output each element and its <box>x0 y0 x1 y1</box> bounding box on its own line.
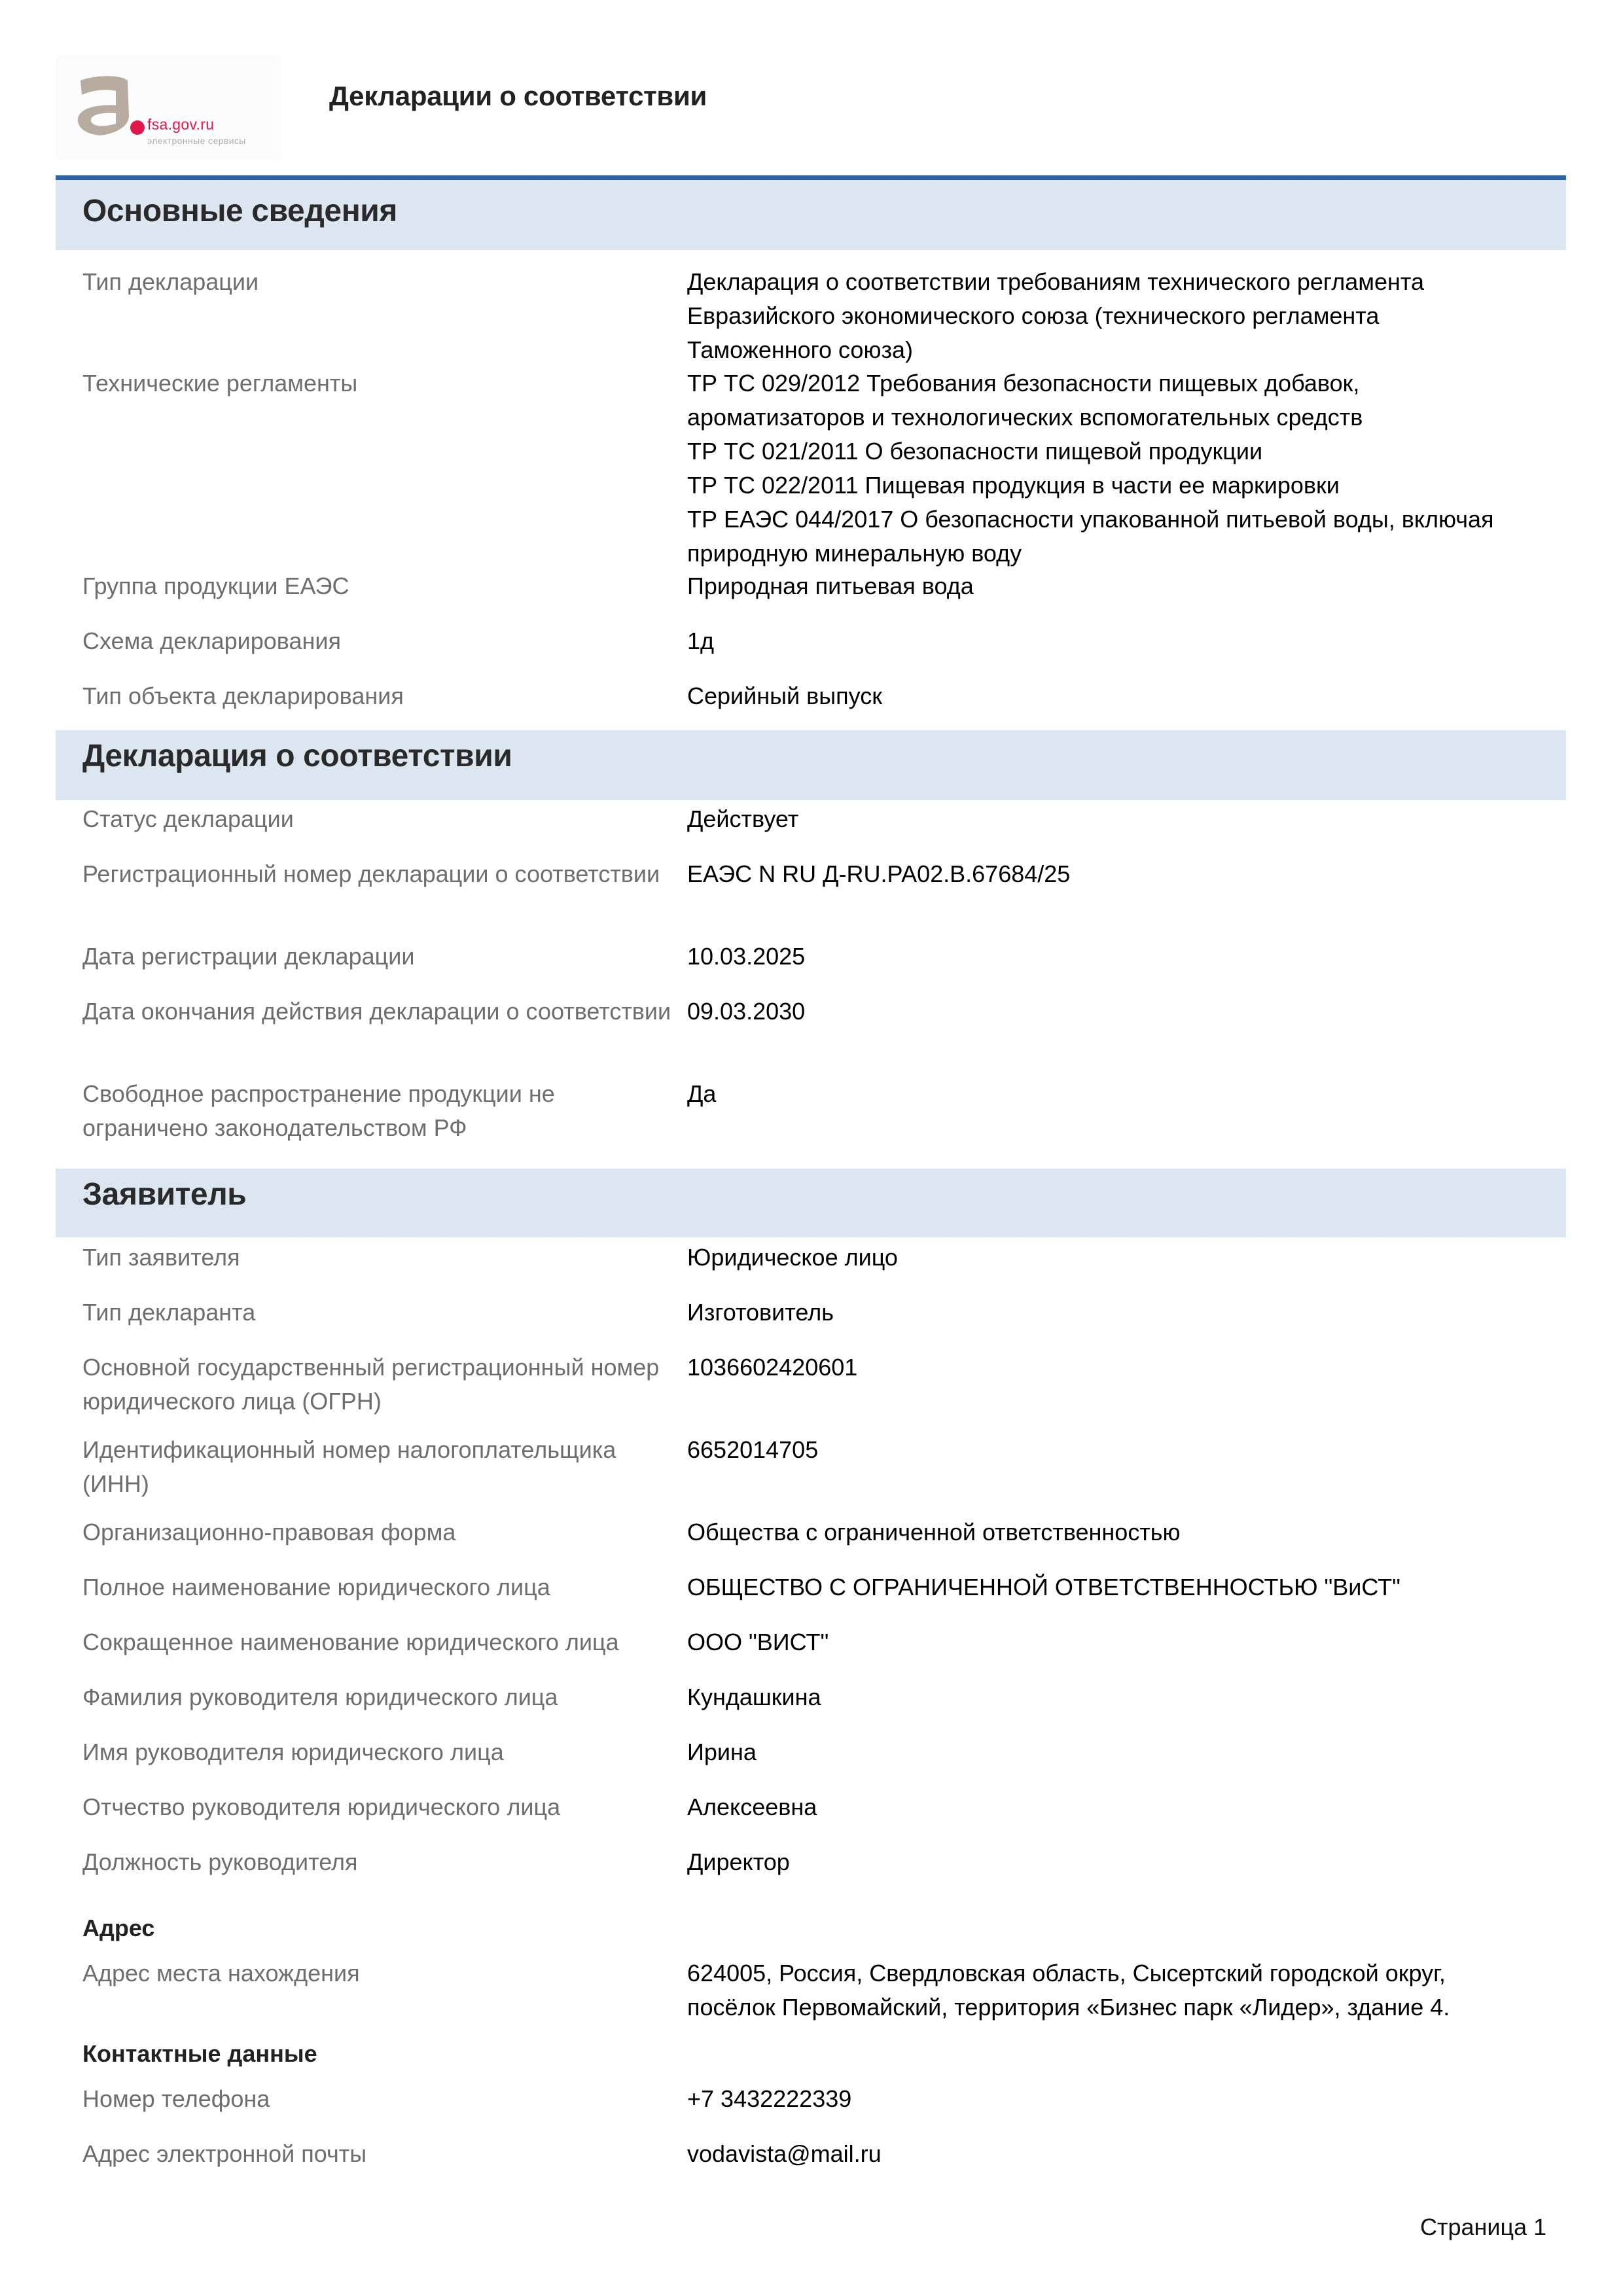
field-label: Адрес места нахождения <box>82 1956 671 1990</box>
field-label: Фамилия руководителя юридического лица <box>82 1680 671 1714</box>
field-value: Алексеевна <box>687 1790 1623 1824</box>
field-label: Статус декларации <box>82 802 671 836</box>
section-title: Заявитель <box>82 1176 246 1212</box>
field-value: Общества с ограниченной ответственностью <box>687 1515 1623 1549</box>
field-label: Свободное распространение продукции не о… <box>82 1077 671 1145</box>
header-divider <box>56 175 1566 180</box>
subsection-title-contacts: Контактные данные <box>82 2040 317 2068</box>
field-label: Дата окончания действия декларации о соо… <box>82 995 671 1029</box>
field-value: 624005, Россия, Свердловская область, Сы… <box>687 1956 1623 2024</box>
page-number: Страница 1 <box>1420 2214 1546 2241</box>
field-value: Юридическое лицо <box>687 1241 1623 1275</box>
field-label: Организационно-правовая форма <box>82 1515 671 1549</box>
field-value: ЕАЭС N RU Д-RU.РА02.В.67684/25 <box>687 857 1623 891</box>
fsa-logo: fsa.gov.ru электронные сервисы <box>56 56 281 160</box>
field-value: 10.03.2025 <box>687 940 1623 974</box>
field-value: Серийный выпуск <box>687 679 1623 713</box>
field-value: 09.03.2030 <box>687 995 1623 1029</box>
field-value: ТР ТС 029/2012 Требования безопасности п… <box>687 366 1623 571</box>
fsa-logo-icon <box>74 75 146 137</box>
field-value: Кундашкина <box>687 1680 1623 1714</box>
field-value: ОБЩЕСТВО С ОГРАНИЧЕННОЙ ОТВЕТСТВЕННОСТЬЮ… <box>687 1570 1623 1604</box>
field-value: Изготовитель <box>687 1296 1623 1330</box>
field-label: Тип объекта декларирования <box>82 679 671 713</box>
email-value: vodavista@mail.ru <box>687 2137 1623 2171</box>
field-label: Отчество руководителя юридического лица <box>82 1790 671 1824</box>
field-label: Должность руководителя <box>82 1845 671 1879</box>
logo-domain: fsa.gov.ru <box>147 116 214 133</box>
field-value: 1036602420601 <box>687 1351 1623 1385</box>
field-value: 1д <box>687 624 1623 658</box>
field-label: Адрес электронной почты <box>82 2137 671 2171</box>
status-value: Действует <box>687 802 1623 836</box>
field-label: Схема декларирования <box>82 624 671 658</box>
subsection-title-address: Адрес <box>82 1915 154 1942</box>
field-label: Сокращенное наименование юридического ли… <box>82 1625 671 1659</box>
field-label: Технические регламенты <box>82 366 671 400</box>
field-label: Идентификационный номер налогоплательщик… <box>82 1433 671 1501</box>
field-label: Группа продукции ЕАЭС <box>82 569 671 603</box>
field-label: Номер телефона <box>82 2082 671 2116</box>
section-header-applicant: Заявитель <box>56 1169 1566 1237</box>
page-title: Декларации о соответствии <box>329 80 707 112</box>
field-value: Природная питьевая вода <box>687 569 1623 603</box>
field-value: Ирина <box>687 1735 1623 1769</box>
field-label: Тип декларации <box>82 265 671 299</box>
section-header-main-info: Основные сведения <box>56 180 1566 250</box>
field-label: Основной государственный регистрационный… <box>82 1351 671 1419</box>
field-label: Тип заявителя <box>82 1241 671 1275</box>
phone-value: +7 3432222339 <box>687 2082 1623 2116</box>
page-header: fsa.gov.ru электронные сервисы Деклараци… <box>56 56 1566 173</box>
section-title: Основные сведения <box>82 193 397 229</box>
field-label: Тип декларанта <box>82 1296 671 1330</box>
field-value: ООО "ВИСТ" <box>687 1625 1623 1659</box>
field-label: Регистрационный номер декларации о соотв… <box>82 857 671 891</box>
field-label: Дата регистрации декларации <box>82 940 671 974</box>
section-header-declaration: Декларация о соответствии <box>56 730 1566 800</box>
logo-subtitle: электронные сервисы <box>147 135 246 146</box>
section-title: Декларация о соответствии <box>82 738 512 774</box>
field-value: Декларация о соответствии требованиям те… <box>687 265 1623 367</box>
field-value: 6652014705 <box>687 1433 1623 1467</box>
field-value: Директор <box>687 1845 1623 1879</box>
field-label: Полное наименование юридического лица <box>82 1570 671 1604</box>
field-label: Имя руководителя юридического лица <box>82 1735 671 1769</box>
field-value: Да <box>687 1077 1623 1111</box>
